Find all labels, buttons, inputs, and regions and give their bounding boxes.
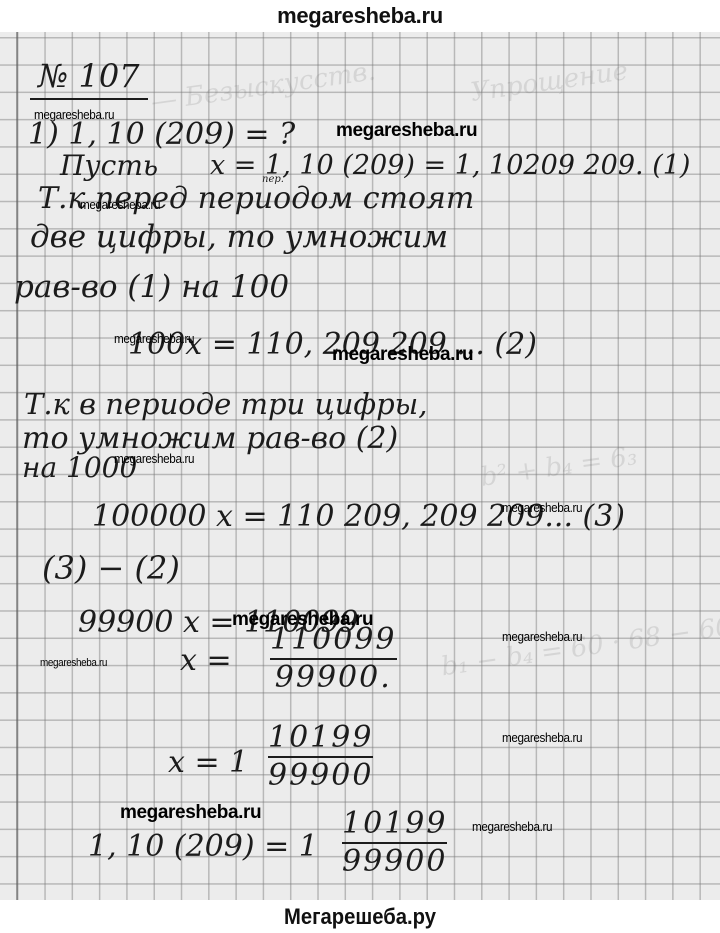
watermark: megaresheba.ru	[502, 629, 582, 644]
fraction2-denominator: 99900	[268, 760, 373, 792]
answer-lhs: 1, 10 (209) = 1	[88, 832, 318, 862]
site-footer[interactable]: Мегарешеба.ру	[29, 900, 691, 933]
line-question: 1) 1, 10 (209) = ?	[28, 120, 295, 150]
answer-numerator: 10199	[342, 808, 447, 840]
watermark: megaresheba.ru	[40, 657, 107, 669]
watermark: megaresheba.ru	[114, 331, 194, 346]
line-let: Пусть	[60, 152, 158, 180]
line-multiply-100: рав-во (1) на 100	[14, 272, 289, 303]
fraction2-lhs: x = 1	[168, 748, 248, 778]
watermark: megaresheba.ru	[332, 344, 473, 366]
problem-number-underline	[30, 98, 148, 100]
watermark: megaresheba.ru	[232, 609, 373, 631]
fraction2-numerator: 10199	[268, 722, 373, 754]
line-multiply-eq2: то умножим рав-во (2)	[22, 424, 398, 454]
watermark: megaresheba.ru	[120, 802, 261, 824]
fraction1: 110099 99900.	[270, 624, 397, 693]
bleed-through-text: b₁ − b₄ = 60 · 68 − 60	[439, 612, 720, 683]
line-because-2: Т.к в периоде три цифры,	[24, 390, 427, 419]
margin-line	[16, 32, 18, 900]
answer-fraction: 10199 99900	[342, 808, 447, 877]
problem-number: № 107	[38, 60, 140, 92]
watermark: megaresheba.ru	[502, 500, 582, 515]
line-subtract: (3) − (2)	[42, 552, 180, 584]
site-header[interactable]: megaresheba.ru	[0, 0, 720, 32]
watermark: megaresheba.ru	[34, 107, 114, 122]
watermark: megaresheba.ru	[502, 730, 582, 745]
fraction1-denominator: 99900.	[275, 662, 392, 694]
bleed-through-text: — Безыскусств.	[149, 56, 377, 117]
watermark: megaresheba.ru	[472, 819, 552, 834]
notebook-page: — Безыскусств. Упрощение b² + b₄ = 6₃ b₁…	[0, 32, 720, 900]
bleed-through-text: b² + b₄ = 6₃	[479, 441, 639, 493]
bleed-through-text: Упрощение	[469, 56, 630, 108]
watermark: megaresheba.ru	[336, 120, 477, 142]
answer-denominator: 99900	[342, 846, 447, 878]
fraction1-lhs: x =	[180, 646, 232, 676]
line-two-digits: две цифры, то умножим	[30, 222, 448, 253]
fraction2: 10199 99900	[268, 722, 373, 791]
watermark: megaresheba.ru	[114, 451, 194, 466]
watermark: megaresheba.ru	[80, 197, 160, 212]
